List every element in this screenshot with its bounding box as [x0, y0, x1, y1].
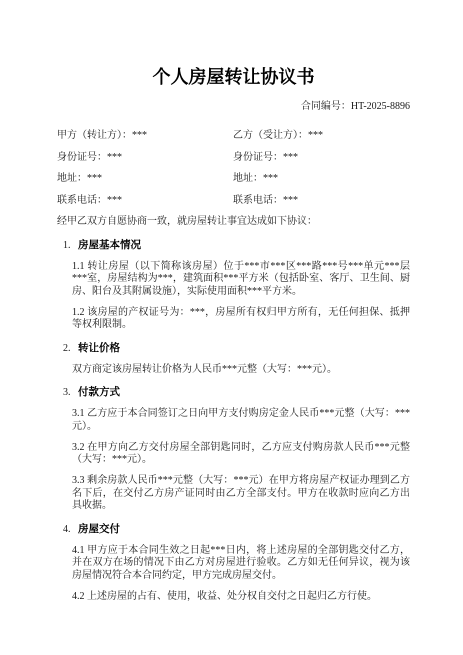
party-a-address: 地址：***: [57, 173, 233, 186]
section-house-delivery: 4. 房屋交付 4.1 甲方应于本合同生效之日起***日内，将上述房屋的全部钥匙…: [57, 523, 410, 604]
section-title: 房屋基本情况: [78, 239, 141, 252]
page-title: 个人房屋转让协议书: [57, 67, 410, 87]
party-a-phone: 联系电话：***: [57, 195, 233, 208]
section-number: 3.: [63, 386, 78, 399]
section-number: 1.: [63, 239, 78, 252]
party-b-address: 地址：***: [233, 173, 410, 186]
party-b-id-number: 身份证号：***: [233, 152, 410, 165]
section-payment-method: 3. 付款方式 3.1 乙方应于本合同签订之日向甲方支付购房定金人民币***元整…: [57, 386, 410, 513]
section-heading: 1. 房屋基本情况: [57, 239, 410, 252]
section-basic-info: 1. 房屋基本情况 1.1 转让房屋（以下简称该房屋）位于***市***区***…: [57, 239, 410, 332]
section-paragraph: 3.1 乙方应于本合同签订之日向甲方支付购房定金人民币***元整（大写：***元…: [57, 408, 410, 433]
section-title: 付款方式: [78, 386, 120, 399]
section-heading: 3. 付款方式: [57, 386, 410, 399]
section-paragraph: 1.1 转让房屋（以下简称该房屋）位于***市***区***路***号***单元…: [57, 261, 410, 299]
contract-number-value: HT-2025-8896: [351, 101, 410, 112]
section-paragraph: 3.2 在甲方向乙方交付房屋全部钥匙同时，乙方应支付购房款人民币***元整（大写…: [57, 442, 410, 467]
section-paragraph: 3.3 剩余房款人民币***元整（大写：***元）在甲方将房屋产权证办理到乙方名…: [57, 475, 410, 513]
section-paragraph: 1.2 该房屋的产权证号为：***，房屋所有权归甲方所有，无任何担保、抵押等权利…: [57, 307, 410, 332]
section-number: 4.: [63, 523, 78, 536]
section-heading: 4. 房屋交付: [57, 523, 410, 536]
party-b-name: 乙方（受让方）：***: [233, 130, 410, 143]
contract-number: 合同编号：HT-2025-8896: [57, 101, 410, 113]
party-a-id-number: 身份证号：***: [57, 152, 233, 165]
parties-info-block: 甲方（转让方）：*** 乙方（受让方）：*** 身份证号：*** 身份证号：**…: [57, 130, 410, 207]
section-title: 转让价格: [78, 342, 120, 355]
section-transfer-price: 2. 转让价格 双方商定该房屋转让价格为人民币***元整（大写：***元）。: [57, 342, 410, 377]
party-a-name: 甲方（转让方）：***: [57, 130, 233, 143]
section-paragraph: 4.1 甲方应于本合同生效之日起***日内，将上述房屋的全部钥匙交付乙方，并在双…: [57, 545, 410, 583]
contract-document-page: 个人房屋转让协议书 合同编号：HT-2025-8896 甲方（转让方）：*** …: [0, 0, 463, 655]
intro-text: 经甲乙双方自愿协商一致，就房屋转让事宜达成如下协议：: [57, 216, 410, 229]
section-number: 2.: [63, 342, 78, 355]
section-paragraph: 4.2 上述房屋的占有、使用，收益、处分权自交付之日起归乙方行使。: [57, 591, 410, 604]
contract-number-label: 合同编号：: [301, 101, 351, 112]
section-paragraph: 双方商定该房屋转让价格为人民币***元整（大写：***元）。: [57, 364, 410, 377]
party-b-phone: 联系电话：***: [233, 195, 410, 208]
section-heading: 2. 转让价格: [57, 342, 410, 355]
contract-sections: 1. 房屋基本情况 1.1 转让房屋（以下简称该房屋）位于***市***区***…: [57, 239, 410, 604]
section-title: 房屋交付: [78, 523, 120, 536]
